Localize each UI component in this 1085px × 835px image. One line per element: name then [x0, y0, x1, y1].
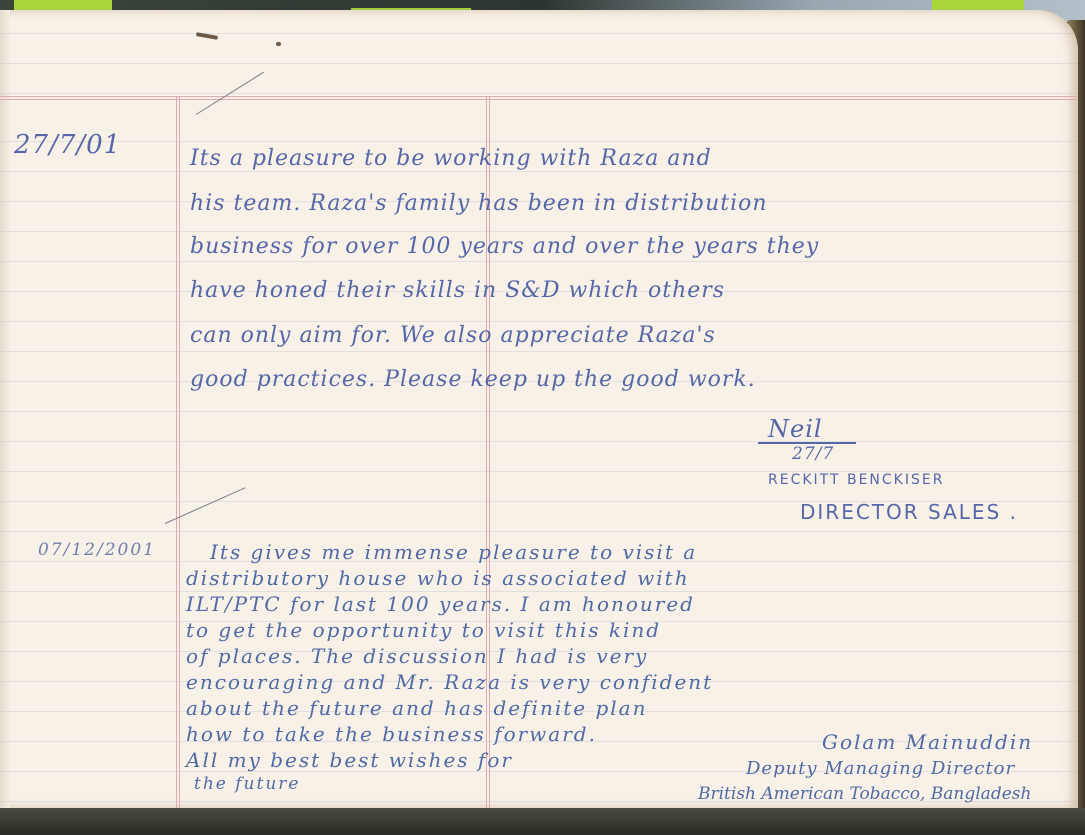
entry-line: have honed their skills in S&D which oth… [190, 278, 725, 303]
entry-line: can only aim for. We also appreciate Raz… [190, 323, 716, 348]
entry-date: 07/12/2001 [38, 540, 156, 560]
entry-date: 27/7/01 [14, 130, 121, 160]
entry-line: the future [194, 774, 300, 794]
entry-line: distributory house who is associated wit… [186, 566, 690, 590]
header-rule [0, 99, 1078, 100]
ledger-page: 27/7/01 Its a pleasure to be working wit… [0, 10, 1078, 808]
entry-line: Its gives me immense pleasure to visit a [210, 540, 697, 564]
entry-line: business for over 100 years and over the… [190, 234, 819, 259]
signature: Golam Mainuddin [822, 730, 1033, 754]
entry-line: All my best best wishes for [186, 748, 513, 772]
entry-line: of places. The discussion I had is very [186, 644, 648, 668]
book-cover-bottom [0, 808, 1085, 835]
signature-date: 27/7 [792, 444, 834, 464]
paper-stain [276, 42, 281, 46]
entry-line: about the future and has definite plan [186, 696, 647, 720]
entry-line: good practices. Please keep up the good … [190, 367, 756, 392]
date-column-rule [179, 96, 180, 808]
company: British American Tobacco, Bangladesh [698, 784, 1031, 804]
title: Deputy Managing Director [746, 758, 1015, 779]
date-column-rule [176, 96, 177, 808]
entry-line: to get the opportunity to visit this kin… [186, 618, 661, 642]
entry-line: his team. Raza's family has been in dist… [190, 191, 768, 216]
entry-line: ILT/PTC for last 100 years. I am honoure… [186, 592, 695, 616]
title: DIRECTOR SALES . [800, 500, 1018, 524]
header-rule [0, 96, 1078, 97]
entry-line: Its a pleasure to be working with Raza a… [190, 146, 712, 171]
company: RECKITT BENCKISER [768, 472, 944, 488]
signature: Neil [768, 415, 823, 443]
entry-line: how to take the business forward. [186, 722, 597, 746]
entry-line: encouraging and Mr. Raza is very confide… [186, 670, 713, 694]
